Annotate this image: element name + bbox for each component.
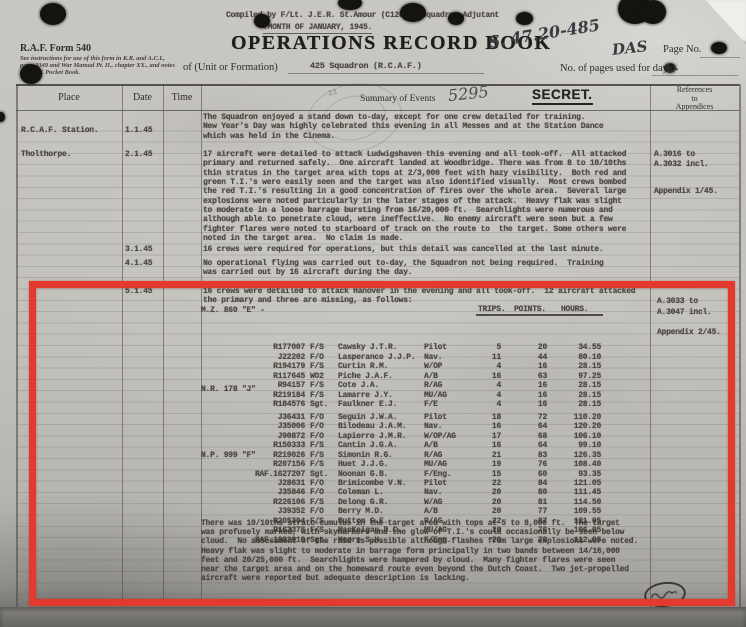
table-border-left: [16, 84, 18, 607]
annotation-rectangle: [29, 281, 735, 606]
entry-reference-appendix: Appendix 1/45.: [654, 187, 718, 196]
ink-blot: [40, 3, 66, 25]
column-header-date: Date: [122, 92, 163, 103]
unit-value: 425 Squadron (R.C.A.F.): [310, 62, 422, 71]
entry-date: 1.1.45: [125, 126, 152, 135]
handwritten-initials: DAS: [611, 37, 648, 59]
form-instructions: See instructions for use of this form in…: [20, 56, 180, 76]
entry-summary: No operational flying was carried out to…: [203, 259, 603, 278]
entry-reference-range: A.3016 to A.3032 incl.: [654, 150, 709, 170]
secret-stamp: SECRET.: [532, 87, 593, 105]
ink-blot: [338, 0, 362, 10]
form-id: R.A.F. Form 540: [20, 43, 91, 54]
entry-summary: The Squadron enjoyed a stand down to-day…: [203, 113, 603, 141]
entry-summary: 16 crews were required for operations, b…: [203, 245, 603, 254]
page-number-rule: [700, 57, 740, 58]
ink-blot: [0, 112, 5, 122]
entry-date: 4.1.45: [125, 259, 152, 268]
entry-date: 3.1.45: [125, 245, 152, 254]
column-header-references: References to Appendices: [650, 86, 739, 112]
page-number-label: Page No.: [663, 44, 702, 55]
column-header-place: Place: [16, 92, 122, 103]
ink-blot: [20, 64, 42, 84]
paper-bottom-edge: [0, 607, 746, 627]
table-border-right: [739, 84, 741, 607]
scanned-operations-record-book-page: R.A.F. Form 540 See instructions for use…: [0, 0, 746, 627]
entry-place: Tholthorpe.: [21, 150, 71, 159]
entry-date: 2.1.45: [125, 150, 152, 159]
entry-summary: 17 aircraft were detailed to attack Ludw…: [203, 150, 626, 243]
pages-used-label: No. of pages used for day: [560, 63, 668, 74]
handwritten-serial-number: 5295: [447, 82, 489, 105]
ink-blot: [640, 0, 666, 24]
ink-blot: [516, 12, 533, 25]
entry-place: R.C.A.F. Station.: [21, 126, 98, 135]
ink-blot: [400, 3, 426, 22]
column-header-time: Time: [163, 92, 201, 103]
ink-blot: [254, 14, 270, 28]
unit-value-rule: [288, 73, 484, 74]
pages-used-rule: [652, 75, 738, 76]
ink-blot: [711, 42, 727, 54]
torn-corner: [700, 0, 746, 44]
ink-blot: [664, 63, 676, 73]
unit-label: of (Unit or Formation): [183, 62, 278, 73]
ink-blot: [448, 12, 464, 25]
